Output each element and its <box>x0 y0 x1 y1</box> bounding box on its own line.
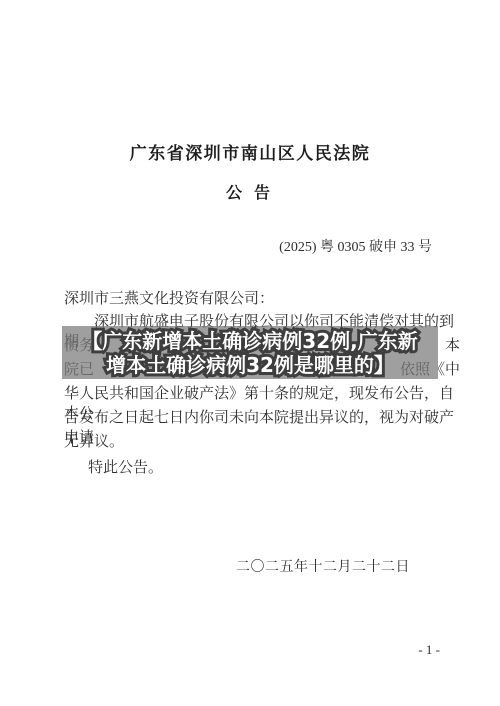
document-date: 二〇二五年十二月二十二日 <box>236 556 410 576</box>
overlay-text-fill-layer: 【广东新增本土确诊病例32例,广东新 增本土确诊病例32例是哪里的】 <box>62 329 438 377</box>
addressee-line: 深圳市三燕文化投资有限公司： <box>64 287 274 308</box>
court-title: 广东省深圳市南山区人民法院 <box>0 139 500 164</box>
overlay-text-line-2: 增本土确诊病例32例是哪里的】 <box>62 353 438 377</box>
document-type-heading: 公 告 <box>0 180 500 203</box>
page-number: - 1 - <box>418 642 440 658</box>
obscured-line-2-right-fragment: 本 <box>445 336 460 356</box>
watermark-overlay-banner: 【广东新增本土确诊病例32例,广东新 增本土确诊病例32例是哪里的】 【广东新增… <box>62 326 438 379</box>
case-number: (2025) 粤 0305 破申 33 号 <box>279 236 432 256</box>
body-line-6: 无异议。 <box>64 432 460 452</box>
overlay-text-line-1: 【广东新增本土确诊病例32例,广东新 <box>62 329 438 353</box>
court-announcement-document: 广东省深圳市南山区人民法院 公 告 (2025) 粤 0305 破申 33 号 … <box>0 0 500 706</box>
closing-line: 特此公告。 <box>88 456 163 477</box>
